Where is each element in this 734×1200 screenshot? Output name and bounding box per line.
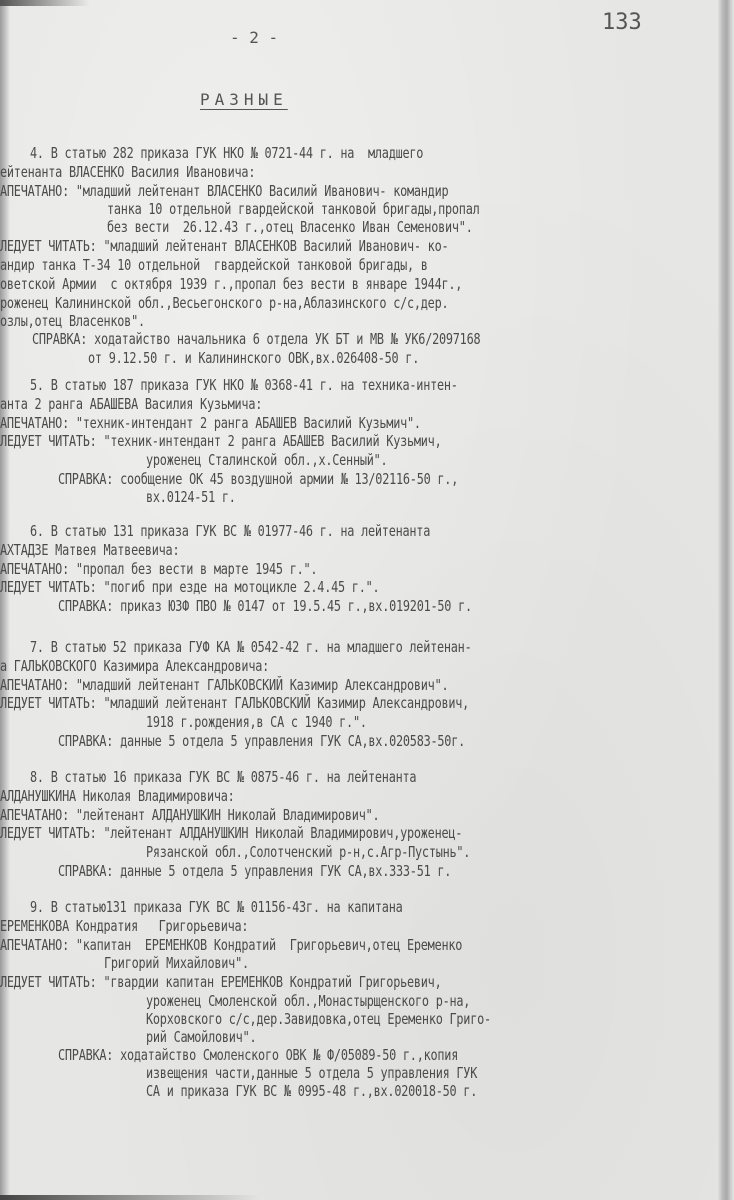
entry-heading: 4. В статью 282 приказа ГУК НКО № 0721-4… [30,143,534,163]
entry-subject: анта 2 ранга АБАШЕВА Василия Кузьмича: [0,394,336,414]
should-read-continuation: озлы,отец Власенков". [0,311,186,331]
printed-continuation: танка 10 отдельной гвардейской танковой … [107,199,585,219]
entry-subject: ЕРЕМЕНКОВА Кондратия Григорьевича: [0,916,318,936]
reference-line: СПРАВКА: ходатайство начальника 6 отдела… [32,329,607,349]
should-read-continuation: уроженец Сталинской обл.,х.Сенный". [146,450,456,470]
entry-subject: АХТАДЗЕ Матвея Матвеевича: [0,540,230,560]
printed-label-line: АПЕЧАТАНО: "техник-интендант 2 ранга АБА… [0,413,539,433]
scan-border [0,1195,260,1200]
reference-line: СПРАВКА: ходатайство Смоленского ОВК № Ф… [58,1045,571,1065]
entry-heading: 9. В статью131 приказа ГУК ВС № 01156-43… [30,897,508,917]
printed-label-line: АПЕЧАТАНО: "младший лейтенант ВЛАСЕНКО В… [0,181,575,201]
archive-sheet-number: 133 [602,10,642,35]
should-read-continuation: Рязанской обл.,Солотченский р-н,с.Агр-Пу… [146,842,562,862]
entry-subject: а ГАЛЬКОВСКОГО Казимира Александровича: [0,656,345,676]
should-read-continuation: роженец Калининской обл.,Весьегонского р… [0,293,575,313]
should-read-line: ЛЕДУЕТ ЧИТАТЬ: "младший лейтенант ГАЛЬКО… [0,693,601,713]
entry-heading: 8. В статью 16 приказа ГУК ВС № 0875-46 … [30,767,525,787]
entry-heading: 6. В статью 131 приказа ГУК ВС № 01977-4… [30,521,543,541]
section-title: РАЗНЫЕ [200,90,288,109]
should-read-line: ЛЕДУЕТ ЧИТАТЬ: "гвардии капитан ЕРЕМЕНКО… [0,972,566,992]
printed-label-line: АПЕЧАТАНО: "капитан ЕРЕМЕНКОВ Кондратий … [0,935,593,955]
should-read-line: ЛЕДУЕТ ЧИТАТЬ: "младший лейтенант ВЛАСЕН… [0,236,575,256]
reference-continuation: от 9.12.50 г. и Калининского ОВК,вх.0264… [88,348,513,368]
should-read-continuation: Корховского с/с,дер.Завидовка,отец Ереме… [146,1009,588,1029]
scanned-document-page: 133 - 2 - РАЗНЫЕ 4. В статью 282 приказа… [0,0,734,1200]
printed-label-line: АПЕЧАТАНО: "лейтенант АЛДАНУШКИН Николай… [0,805,486,825]
should-read-continuation: андир танка Т-34 10 отдельной гвардейско… [0,255,548,275]
page-edge [718,0,734,1200]
printed-label-line: АПЕЧАТАНО: "младший лейтенант ГАЛЬКОВСКИ… [0,675,575,695]
entry-heading: 7. В статью 52 приказа ГУФ КА № 0542-42 … [30,637,596,657]
scan-border [0,0,90,6]
reference-continuation: извещения части,данные 5 отдела 5 управл… [146,1063,571,1083]
should-read-line: ЛЕДУЕТ ЧИТАТЬ: "техник-интендант 2 ранга… [0,431,566,451]
should-read-line: ЛЕДУЕТ ЧИТАТЬ: "лейтенант АЛДАНУШКИН Ник… [0,823,593,843]
printed-continuation: без вести 26.12.43 г.,отец Власенко Иван… [107,217,576,237]
should-read-continuation: уроженец Смоленской обл.,Монастырщенског… [146,991,562,1011]
should-read-continuation: 1918 г.рождения,в СА с 1940 г.". [146,712,429,732]
entry-subject: АЛДАНУШКИНА Николая Владимировича: [0,786,301,806]
entry-heading: 5. В статью 187 приказа ГУК НКО № 0368-4… [30,375,578,395]
reference-line: СПРАВКА: приказ ЮЗФ ПВО № 0147 от 19.5.4… [58,596,589,616]
entry-subject: ейтенанта ВЛАСЕНКО Василия Ивановича: [0,162,327,182]
should-read-line: ЛЕДУЕТ ЧИТАТЬ: "погиб при езде на мотоци… [0,577,486,597]
reference-continuation: вх.0124-51 г. [146,487,261,507]
printed-continuation: Григорий Михайлович". [104,953,290,973]
reference-continuation: СА и приказа ГУК ВС № 0995-48 г.,вх.0200… [146,1081,571,1101]
reference-line: СПРАВКА: сообщение ОК 45 воздушной армии… [58,469,571,489]
printed-label-line: АПЕЧАТАНО: "пропал без вести в марте 194… [0,559,407,579]
should-read-continuation: рий Самойлович". [146,1027,288,1047]
reference-line: СПРАВКА: данные 5 отдела 5 управления ГУ… [58,861,562,881]
reference-line: СПРАВКА: данные 5 отдела 5 управления ГУ… [58,731,580,751]
should-read-continuation: оветской Армии с октября 1939 г.,пропал … [0,274,593,294]
page-number: - 2 - [230,28,278,47]
